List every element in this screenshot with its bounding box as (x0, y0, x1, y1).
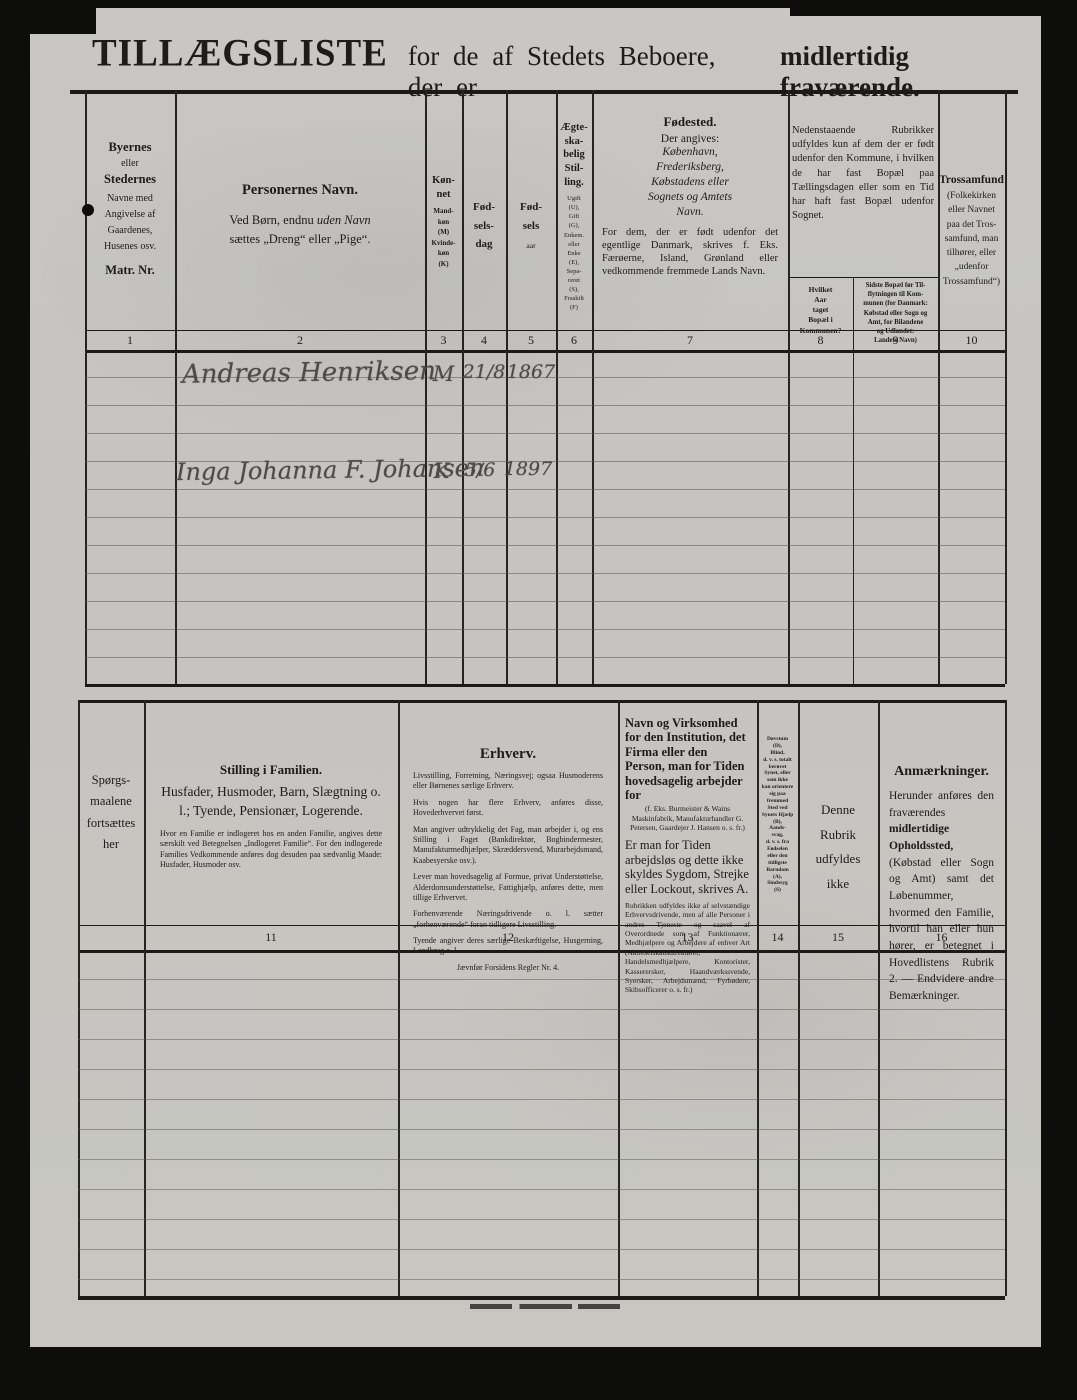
t1-colnum-2: 2 (175, 333, 425, 348)
document-page: TILLÆGSLISTE for de af Stedets Beboere, … (30, 6, 1042, 1348)
t2-col12-para3: Man angiver udtrykkelig det Fag, man arb… (413, 825, 603, 867)
hole-punch-mark (82, 204, 94, 216)
t1-group89-header: Nedenstaaende Rubrikker udfyldes kun af … (792, 124, 934, 223)
t2-col14-header: Døvstum (D), Blind, d. v. s. totalt berø… (757, 736, 798, 894)
scanned-census-form: TILLÆGSLISTE for de af Stedets Beboere, … (0, 0, 1077, 1400)
row2-sex-handwritten: K (423, 459, 460, 483)
t1-col7-p2: For dem, der er født udenfor det egentli… (592, 226, 788, 279)
t2-col13-header: Navn og Virksomhed for den Institution, … (618, 716, 757, 995)
t1-col1-byernes: Byernes (85, 140, 175, 155)
t1-col10-title: Trossamfund (938, 174, 1005, 186)
t1-colnum-8: 8 (788, 333, 853, 348)
t1-col7-p1: Der angives: (592, 133, 788, 145)
printer-mark (470, 1304, 620, 1309)
t2-body-ruled-lines (78, 950, 1005, 1296)
t1-col2-subtitle: Ved Børn, endnu uden Navn sættes „Dreng“… (180, 211, 420, 250)
row1-birthday-handwritten: 21/8 (462, 361, 506, 383)
t1-bottom-rule (85, 684, 1005, 687)
t1-col3-sub: Mand- køn (M) Kvinde- køn (K) (425, 206, 462, 269)
t1-colnum-9: 9 (853, 333, 938, 348)
t1-col1-matrnr: Matr. Nr. (85, 263, 175, 278)
t2-side-note: Spørgs- maalene fortsættes her (78, 770, 144, 855)
t1-colnum-1: 1 (85, 333, 175, 348)
t1-col3-header: Køn- net Mand- køn (M) Kvinde- køn (K) (425, 174, 462, 269)
t2-col15-header: Denne Rubrik udfyldes ikke (798, 798, 878, 897)
t2-col12-para5: Forhenværende Næringsdrivende o. l. sætt… (413, 909, 603, 930)
t1-col2-title: Personernes Navn. (180, 182, 420, 199)
t1-col5-sub: aar (506, 241, 556, 250)
scan-corner-top-left (0, 0, 96, 34)
title-underline (70, 90, 1018, 94)
t1-col4-header: Fød- sels- dag (462, 198, 506, 254)
t1-col2-header: Personernes Navn. Ved Børn, endnu uden N… (180, 182, 420, 250)
t2-col11-fine: Hvor en Familie er indlogeret hos en and… (160, 829, 382, 871)
t1-col4-title: Fød- sels- dag (462, 198, 506, 254)
t2-top-rule (78, 700, 1005, 703)
t1-group89-split-rule (788, 277, 938, 278)
t2-col16-body-pre: Herunder anføres den fraværendes (889, 790, 994, 819)
t2-col12-para7: Jævnfør Forsidens Regler Nr. 4. (413, 963, 603, 973)
t1-col5-title: Fød- sels (506, 198, 556, 235)
t2-colnum-13: 13 (618, 930, 757, 945)
t1-col3-title: Køn- net (425, 174, 462, 201)
t1-col2-sub-pre: Ved Børn, endnu (229, 213, 317, 227)
t2-col13-p2-small: Rubrikken udfyldes ikke af selvstændige … (625, 901, 750, 995)
t2-col12-para2: Hvis nogen har flere Erhverv, anføres di… (413, 798, 603, 819)
t1-body-ruled-lines (85, 350, 1005, 684)
t1-col8-header: Hvilket Aar taget Bopæl i Kommunen? (788, 285, 853, 336)
t2-col13-p2: Er man for Tiden arbejdsløs og dette ikk… (625, 838, 750, 896)
t1-col7-title: Fødested. (592, 114, 788, 130)
t2-colnum-11: 11 (144, 930, 398, 945)
t2-col13-p1: Navn og Virksomhed for den Institution, … (625, 716, 750, 802)
t2-col16-header: Anmærkninger. Herunder anføres den fravæ… (878, 764, 1005, 1005)
t2-colnum-15: 15 (798, 930, 878, 945)
t1-colnum-3: 3 (425, 333, 462, 348)
t1-col1-header: Byernes eller Stedernes Navne med Angive… (85, 140, 175, 278)
t2-bottom-rule (78, 1296, 1005, 1300)
scan-edge-left (0, 0, 30, 1400)
t1-col6-header: Ægte- ska- belig Stil- ling. Ugift (U), … (556, 121, 592, 312)
t1-col10-header: Trossamfund (Folkekirken eller Navnet pa… (938, 174, 1005, 289)
t2-border-right (1005, 700, 1007, 1296)
t2-col16-title: Anmærkninger. (889, 764, 994, 780)
t1-colnum-10: 10 (938, 333, 1005, 348)
t2-col12-title: Erhverv. (413, 746, 603, 763)
t2-col16-body: Herunder anføres den fraværendes midlert… (889, 788, 994, 1005)
t1-colnum-4: 4 (462, 333, 506, 348)
row1-name-handwritten: Andreas Henriksen (182, 356, 436, 390)
scan-edge-bottom (0, 1347, 1077, 1400)
t2-col11-main: Husfader, Husmoder, Barn, Slægtning o. l… (160, 783, 382, 821)
t1-col10-sub: (Folkekirken eller Navnet paa det Tros- … (938, 189, 1005, 289)
t2-col12-para4: Lever man hovedsagelig af Formue, privat… (413, 872, 603, 903)
t1-col6-title: Ægte- ska- belig Stil- ling. (556, 121, 592, 189)
t1-col1-desc: Navne med Angivelse af Gaardenes, Husene… (85, 191, 175, 255)
t2-colnum-16: 16 (878, 930, 1005, 945)
t1-col2-sub-post: sættes „Dreng“ eller „Pige“. (230, 232, 371, 246)
t2-col16-body-bold: midlertidige Opholdssted, (889, 823, 953, 852)
t2-colnum-12: 12 (398, 930, 618, 945)
t1-col7-p1-italic: København, Frederiksberg, Købstadens ell… (592, 145, 788, 220)
row2-birthday-handwritten: 5/6 (458, 459, 502, 481)
row1-birthyear-handwritten: 1867 (506, 361, 556, 383)
row2-birthyear-handwritten: 1897 (502, 458, 554, 480)
t1-colnum-7: 7 (592, 333, 788, 348)
t1-col6-sub: Ugift (U), Gift (G), Enkem. eller Enke (… (556, 194, 592, 312)
t2-col11-header: Stilling i Familien. Husfader, Husmoder,… (144, 762, 398, 870)
t1-col1-stedernes: Stedernes (85, 172, 175, 187)
row1-sex-handwritten: M (425, 362, 462, 386)
t2-colnum-14: 14 (757, 930, 798, 945)
t2-col11-title: Stilling i Familien. (160, 762, 382, 778)
t1-border-right (1005, 90, 1007, 684)
t1-col2-sub-italic: uden Navn (317, 213, 371, 227)
scan-edge-top-right (790, 0, 1077, 16)
t1-col1-eller: eller (85, 158, 175, 169)
t1-colnum-6: 6 (556, 333, 592, 348)
t2-col13-p1-small: (f. Eks. Burmeister & Wains Maskinfabrik… (625, 804, 750, 832)
scan-edge-right (1041, 0, 1077, 1400)
t2-col12-para1: Livsstilling, Forretning, Næringsvej; og… (413, 771, 603, 792)
form-title-lead: TILLÆGSLISTE (92, 31, 388, 76)
t1-col5-header: Fød- sels aar (506, 198, 556, 250)
t1-col7-header: Fødested. Der angives: København, Freder… (592, 114, 788, 278)
t1-colnum-5: 5 (506, 333, 556, 348)
